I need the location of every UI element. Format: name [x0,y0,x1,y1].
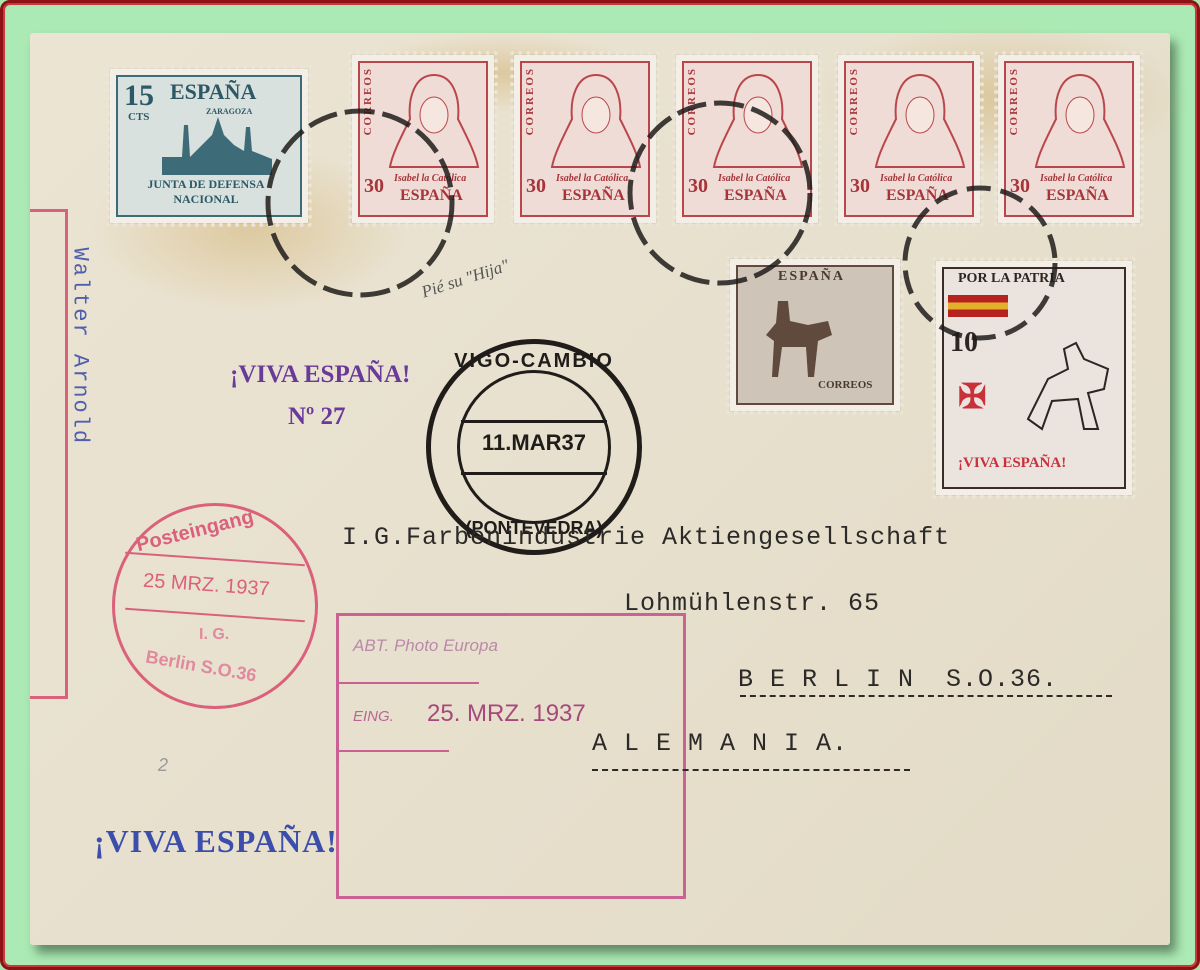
posteingang-city: Berlin S.O.36 [144,646,258,686]
receipt-department: ABT. Photo Europa [353,636,498,656]
posteingang-ig: I. G. [199,626,229,644]
viva-espana-stamp-purple: ¡VIVA ESPAÑA! [230,361,410,389]
viva-espana-stamp-blue: ¡VIVA ESPAÑA! [94,823,338,860]
address-line-3: B E R L I N S.O.36. [738,665,1058,694]
address-line-2: Lohmühlenstr. 65 [624,589,880,618]
receipt-date: 25. MRZ. 1937 [427,700,586,728]
censor-box-left [30,209,68,699]
underline [740,695,1112,697]
underline [592,769,910,771]
envelope: 15 CTS ESPAÑA ZARAGOZA JUNTA DE DEFENSA … [30,33,1170,945]
posteingang-date: 25 MRZ. 1937 [142,570,270,602]
address-line-4: A L E M A N I A. [592,729,848,758]
address-line-1: I.G.Farbenindustrie Aktiengesellschaft [342,523,950,552]
receipt-label: EING. [353,708,394,725]
sender-name: Walter Arnold [68,248,93,708]
pencil-mark: 2 [158,755,168,776]
posteingang-stamp: Posteingang 25 MRZ. 1937 I. G. Berlin S.… [112,503,318,709]
censor-number: Nº 27 [288,403,346,431]
postmark-date: 11.MAR37 [431,430,637,456]
postmark-top-text: VIGO-CAMBIO [431,350,637,373]
